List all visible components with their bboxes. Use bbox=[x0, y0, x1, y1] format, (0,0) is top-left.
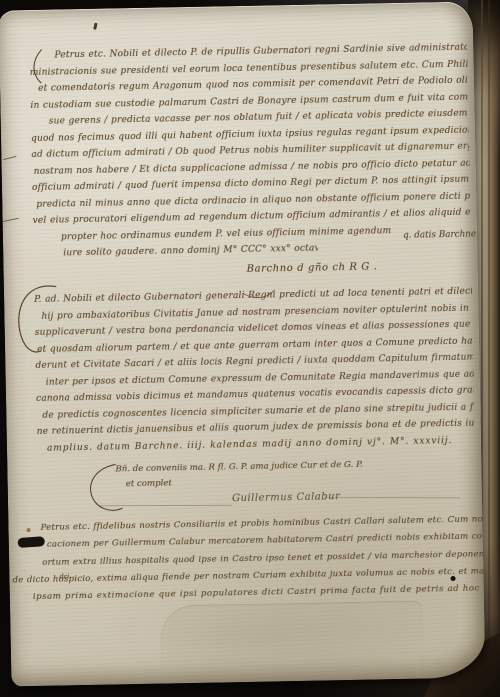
paper-stain bbox=[160, 601, 423, 680]
margin-dash bbox=[3, 156, 16, 159]
manuscript-line: iure solito gaudere. anno dominj M° CCC°… bbox=[63, 241, 318, 262]
chancery-note: et complet bbox=[126, 478, 172, 489]
margin-dash bbox=[3, 218, 19, 221]
manuscript-photo: Petrus etc. Nobili et dilecto P. de ripu… bbox=[0, 0, 500, 697]
dateline: Barchno d gño ch R G . bbox=[246, 261, 406, 275]
signature: Guillermus Calabur bbox=[232, 491, 372, 505]
signature-rule-left bbox=[100, 503, 232, 508]
chancery-note: Bñ. de conveniis ma. R fl. G. P. ama jud… bbox=[115, 458, 455, 475]
manuscript-page: Petrus etc. Nobili et dilecto P. de ripu… bbox=[0, 2, 485, 687]
entry-2: P. ad. Nobili et dilecto Gubernatori gen… bbox=[34, 284, 475, 457]
ink-blot-dot bbox=[450, 576, 455, 581]
page-stack-seam bbox=[488, 0, 490, 697]
stray-ink-mark bbox=[93, 23, 97, 30]
entry-1: Petrus etc. Nobili et dilecto P. de ripu… bbox=[29, 40, 471, 263]
entry-3: Petrus etc. ffidelibus nostris Consiliar… bbox=[8, 511, 484, 607]
place-note: q. datis Barchne bbox=[403, 229, 476, 240]
